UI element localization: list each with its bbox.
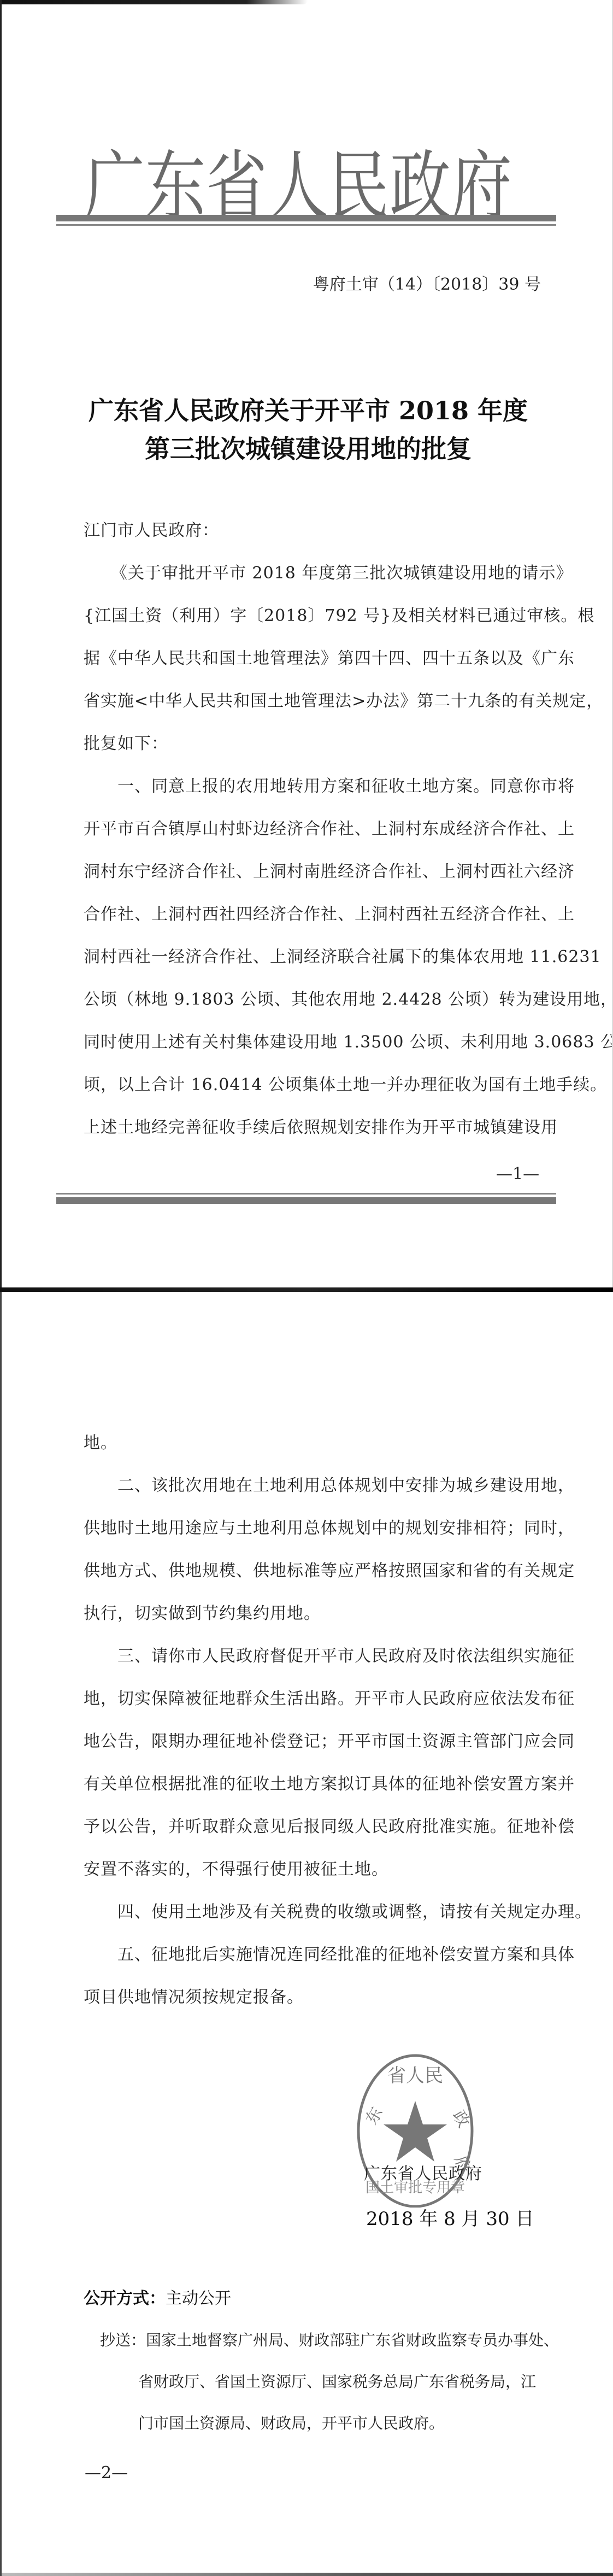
- scan-edge: [2, 0, 308, 4]
- body-line: 供地方式、供地规模、供地标准等应严格按照国家和省的有关规定: [84, 1550, 537, 1593]
- cc-line: 门市国土资源局、财政局，开平市人民政府。: [100, 2403, 548, 2444]
- body-line: 地。: [84, 1422, 537, 1465]
- page-number: —2—: [85, 2463, 128, 2483]
- body-line: 公顷（林地 9.1803 公顷、其他农用地 2.4428 公顷）转为建设用地，: [84, 979, 537, 1021]
- body-line: 《关于审批开平市 2018 年度第三批次城镇建设用地的请示》: [84, 552, 537, 595]
- signature-date: 2018 年 8 月 30 日: [366, 2204, 534, 2230]
- disclosure-method: 公开方式：主动公开: [84, 2285, 231, 2309]
- body-line: 一、同意上报的农用地转用方案和征收土地方案。同意你市将: [84, 765, 537, 808]
- body-line: 开平市百合镇厚山村虾边经济合作社、上洞村东成经济合作社、上: [84, 808, 537, 851]
- letterhead-rule-thick: [56, 215, 556, 221]
- page-divider: [0, 1287, 613, 1292]
- document-body-page-2: 地。 二、该批次用地在土地利用总体规划中安排为城乡建设用地， 供地时土地用途应与…: [84, 1422, 537, 2019]
- body-line: 有关单位根据批准的征收土地方案拟订具体的征地补偿安置方案并: [84, 1763, 537, 1806]
- body-line: 同时使用上述有关村集体建设用地 1.3500 公顷、未利用地 3.0683 公: [84, 1021, 537, 1064]
- cc-list: 抄送：国家土地督察广州局、财政部驻广东省财政监察专员办事处、 省财政厅、省国土资…: [100, 2320, 548, 2444]
- body-line: 二、该批次用地在土地利用总体规划中安排为城乡建设用地，: [84, 1465, 537, 1507]
- body-line: 地公告，限期办理征地补偿登记；开平市国土资源主管部门应会同: [84, 1720, 537, 1763]
- body-line: {江国土资（利用）字〔2018〕792 号}及相关材料已通过审核。根: [84, 595, 537, 637]
- body-line: 安置不落实的，不得强行使用被征土地。: [84, 1848, 537, 1891]
- disclosure-value: 主动公开: [166, 2289, 231, 2308]
- body-line: 五、征地批后实施情况连同经批准的征地补偿安置方案和具体: [84, 1934, 537, 1976]
- document-title-line-1: 广东省人民政府关于开平市 2018 年度: [2, 391, 613, 427]
- footer-rule-thin: [56, 1193, 556, 1195]
- body-line: 合作社、上洞村西社四经济合作社、上洞村西社五经济合作社、上: [84, 893, 537, 936]
- letterhead-rule-thin: [56, 224, 556, 226]
- document-body-page-1: 江门市人民政府： 《关于审批开平市 2018 年度第三批次城镇建设用地的请示》 …: [84, 510, 537, 1149]
- document-page-2: 地。 二、该批次用地在土地利用总体规划中安排为城乡建设用地， 供地时土地用途应与…: [0, 1292, 613, 2576]
- scan-edge: [2, 2573, 613, 2576]
- body-line: 省实施<中华人民共和国土地管理法>办法》第二十九条的有关规定，: [84, 680, 537, 723]
- document-number: 粤府土审（14）〔2018〕39 号: [313, 271, 541, 295]
- cc-label: 抄送：: [100, 2331, 146, 2349]
- body-line: 顷，以上合计 16.0414 公顷集体土地一并办理征收为国有土地手续。: [84, 1064, 537, 1106]
- addressee: 江门市人民政府：: [84, 510, 537, 552]
- document-title-line-2: 第三批次城镇建设用地的批复: [2, 429, 613, 465]
- body-line: 项目供地情况须按规定报备。: [84, 1976, 537, 2019]
- cc-line: 省财政厅、省国土资源厅、国家税务总局广东省税务局，江: [100, 2361, 548, 2403]
- body-line: 洞村东宁经济合作社、上洞村南胜经济合作社、上洞村西社六经济: [84, 851, 537, 893]
- body-line: 据《中华人民共和国土地管理法》第四十四、四十五条以及《广东: [84, 637, 537, 680]
- body-line: 批复如下：: [84, 723, 537, 765]
- footer-rule-thick: [56, 1197, 556, 1204]
- svg-text:省人民: 省人民: [387, 2065, 443, 2087]
- body-line: 地，切实保障被征地群众生活出路。开平市人民政府应依法发布征: [84, 1678, 537, 1720]
- disclosure-label: 公开方式：: [84, 2289, 166, 2308]
- body-line: 洞村西社一经济合作社、上洞经济联合社属下的集体农用地 11.6231: [84, 936, 537, 979]
- body-line: 三、请你市人民政府督促开平市人民政府及时依法组织实施征: [84, 1635, 537, 1678]
- body-line: 上述土地经完善征收手续后依照规划安排作为开平市城镇建设用: [84, 1106, 537, 1149]
- page-number: —1—: [496, 1164, 539, 1184]
- seal-overlay-org: 广东省人民政府: [364, 2160, 482, 2184]
- cc-line: 抄送：国家土地督察广州局、财政部驻广东省财政监察专员办事处、: [100, 2320, 548, 2361]
- body-line: 予以公告，并听取群众意见后报同级人民政府批准实施。征地补偿: [84, 1806, 537, 1848]
- body-line: 四、使用土地涉及有关税费的收缴或调整，请按有关规定办理。: [84, 1891, 537, 1934]
- document-page-1: 广 东 省 人 民 政 府 粤府土审（14）〔2018〕39 号 广东省人民政府…: [0, 0, 613, 1287]
- body-line: 执行，切实做到节约集约用地。: [84, 1593, 537, 1635]
- svg-text:东: 东: [362, 2104, 387, 2128]
- body-line: 供地时土地用途应与土地利用总体规划中的规划安排相符；同时，: [84, 1507, 537, 1550]
